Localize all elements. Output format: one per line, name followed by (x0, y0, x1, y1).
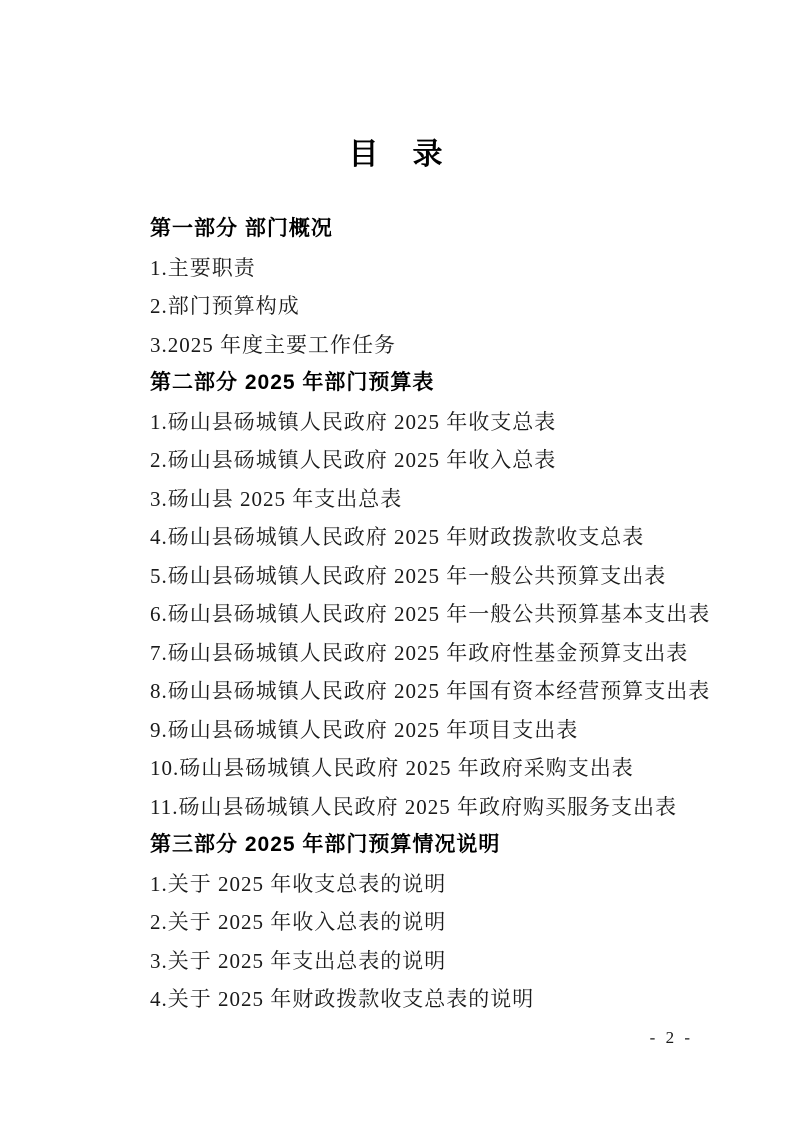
toc-item: 2.部门预算构成 (150, 287, 710, 326)
toc-item: 1.主要职责 (150, 249, 710, 288)
toc-item: 3.关于 2025 年支出总表的说明 (150, 942, 710, 981)
toc-section-heading-part2: 第二部分 2025 年部门预算表 (150, 364, 710, 403)
toc-item: 6.砀山县砀城镇人民政府 2025 年一般公共预算基本支出表 (150, 595, 710, 634)
toc-section-heading-part3: 第三部分 2025 年部门预算情况说明 (150, 826, 710, 865)
toc-item: 7.砀山县砀城镇人民政府 2025 年政府性基金预算支出表 (150, 634, 710, 673)
page-number: - 2 - (650, 1028, 693, 1048)
toc-item: 1.砀山县砀城镇人民政府 2025 年收支总表 (150, 403, 710, 442)
toc-item: 11.砀山县砀城镇人民政府 2025 年政府购买服务支出表 (150, 788, 710, 827)
toc-item: 4.关于 2025 年财政拨款收支总表的说明 (150, 980, 710, 1019)
toc-item: 2.砀山县砀城镇人民政府 2025 年收入总表 (150, 441, 710, 480)
toc-section-heading-part1: 第一部分 部门概况 (150, 210, 710, 249)
toc-item: 10.砀山县砀城镇人民政府 2025 年政府采购支出表 (150, 749, 710, 788)
toc-item: 3.砀山县 2025 年支出总表 (150, 480, 710, 519)
page-title: 目 录 (0, 138, 793, 172)
toc-item: 1.关于 2025 年收支总表的说明 (150, 865, 710, 904)
document-page: 目 录 第一部分 部门概况 1.主要职责 2.部门预算构成 3.2025 年度主… (0, 0, 793, 1122)
toc-item: 9.砀山县砀城镇人民政府 2025 年项目支出表 (150, 711, 710, 750)
toc-item: 2.关于 2025 年收入总表的说明 (150, 903, 710, 942)
table-of-contents: 第一部分 部门概况 1.主要职责 2.部门预算构成 3.2025 年度主要工作任… (150, 210, 710, 1019)
toc-item: 8.砀山县砀城镇人民政府 2025 年国有资本经营预算支出表 (150, 672, 710, 711)
toc-item: 5.砀山县砀城镇人民政府 2025 年一般公共预算支出表 (150, 557, 710, 596)
toc-item: 3.2025 年度主要工作任务 (150, 326, 710, 365)
toc-item: 4.砀山县砀城镇人民政府 2025 年财政拨款收支总表 (150, 518, 710, 557)
